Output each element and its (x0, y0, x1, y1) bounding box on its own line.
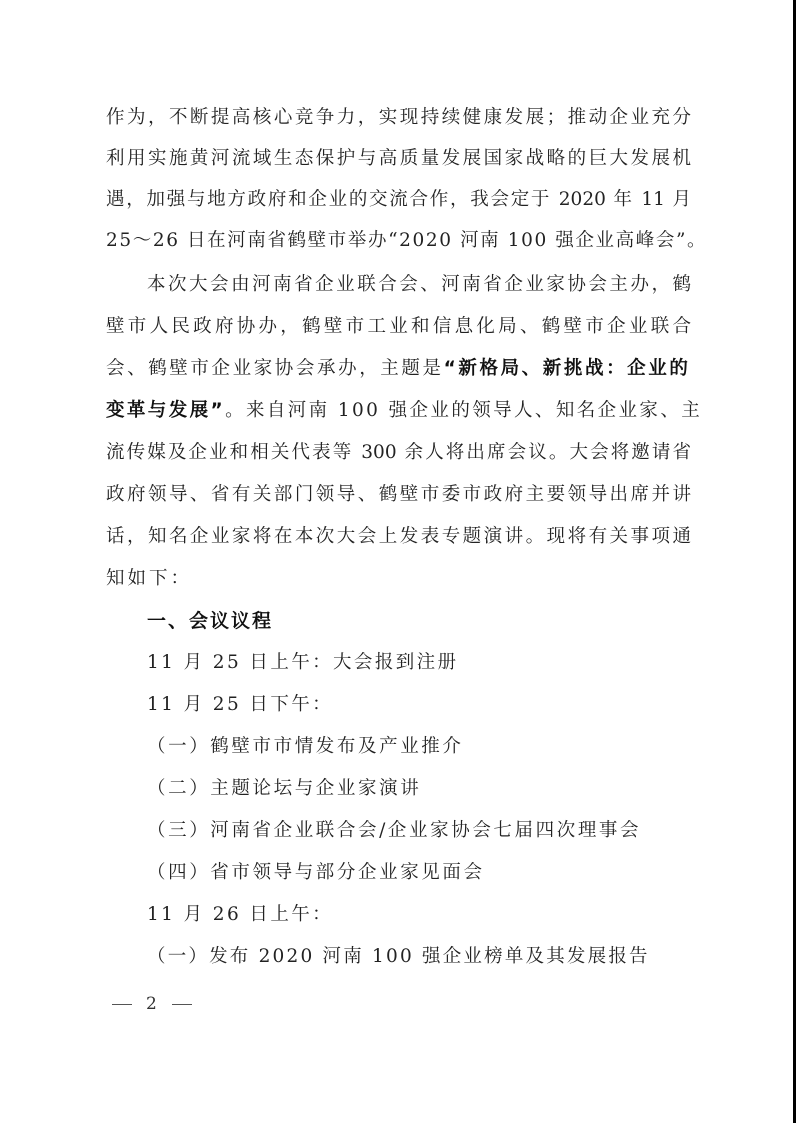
theme-bold-text: 变革与发展” (106, 400, 225, 421)
agenda-item: 11 月 26 日上午： (147, 900, 691, 930)
paragraph-line: 流传媒及企业和相关代表等 300 余人将出席会议。大会将邀请省 (106, 438, 691, 468)
agenda-item: （二）主题论坛与企业家演讲 (147, 774, 691, 804)
paragraph-text: 。来自河南 100 强企业的领导人、知名企业家、主 (225, 400, 702, 421)
paragraph-line-theme: 会、鹤壁市企业家协会承办，主题是“新格局、新挑战：企业的 (106, 354, 696, 384)
theme-bold-text: “新格局、新挑战：企业的 (444, 358, 691, 379)
document-page: 作为，不断提高核心竞争力，实现持续健康发展；推动企业充分 利用实施黄河流域生态保… (0, 0, 796, 1123)
dash-decoration (112, 1004, 132, 1005)
paragraph-text: 会、鹤壁市企业家协会承办，主题是 (106, 358, 444, 379)
agenda-item: 11 月 25 日下午： (147, 690, 691, 720)
paragraph-line: 25～26 日在河南省鹤壁市举办“2020 河南 100 强企业高峰会”。 (106, 226, 696, 256)
section-heading: 一、会议议程 (147, 606, 273, 636)
paragraph-line: 作为，不断提高核心竞争力，实现持续健康发展；推动企业充分 (106, 103, 691, 133)
agenda-item: （三）河南省企业联合会/企业家协会七届四次理事会 (147, 816, 691, 846)
paragraph-line: 话，知名企业家将在本次大会上发表专题演讲。现将有关事项通 (106, 522, 691, 552)
agenda-item: 11 月 25 日上午：大会报到注册 (147, 648, 691, 678)
dash-decoration (172, 1004, 192, 1005)
paragraph-line: 本次大会由河南省企业联合会、河南省企业家协会主办，鹤 (147, 270, 691, 300)
agenda-item: （四）省市领导与部分企业家见面会 (147, 858, 691, 888)
page-number: 2 (112, 992, 192, 1016)
paragraph-line: 遇，加强与地方政府和企业的交流合作，我会定于 2020 年 11 月 (106, 185, 691, 215)
page-number-value: 2 (146, 992, 158, 1016)
paragraph-line: 政府领导、省有关部门领导、鹤壁市委市政府主要领导出席并讲 (106, 480, 691, 510)
paragraph-line-theme-cont: 变革与发展”。来自河南 100 强企业的领导人、知名企业家、主 (106, 396, 696, 426)
agenda-item: （一）发布 2020 河南 100 强企业榜单及其发展报告 (147, 942, 691, 972)
agenda-item: （一）鹤壁市市情发布及产业推介 (147, 732, 691, 762)
paragraph-line: 利用实施黄河流域生态保护与高质量发展国家战略的巨大发展机 (106, 144, 691, 174)
paragraph-line: 壁市人民政府协办，鹤壁市工业和信息化局、鹤壁市企业联合 (106, 312, 691, 342)
paragraph-line: 知如下： (106, 564, 696, 594)
